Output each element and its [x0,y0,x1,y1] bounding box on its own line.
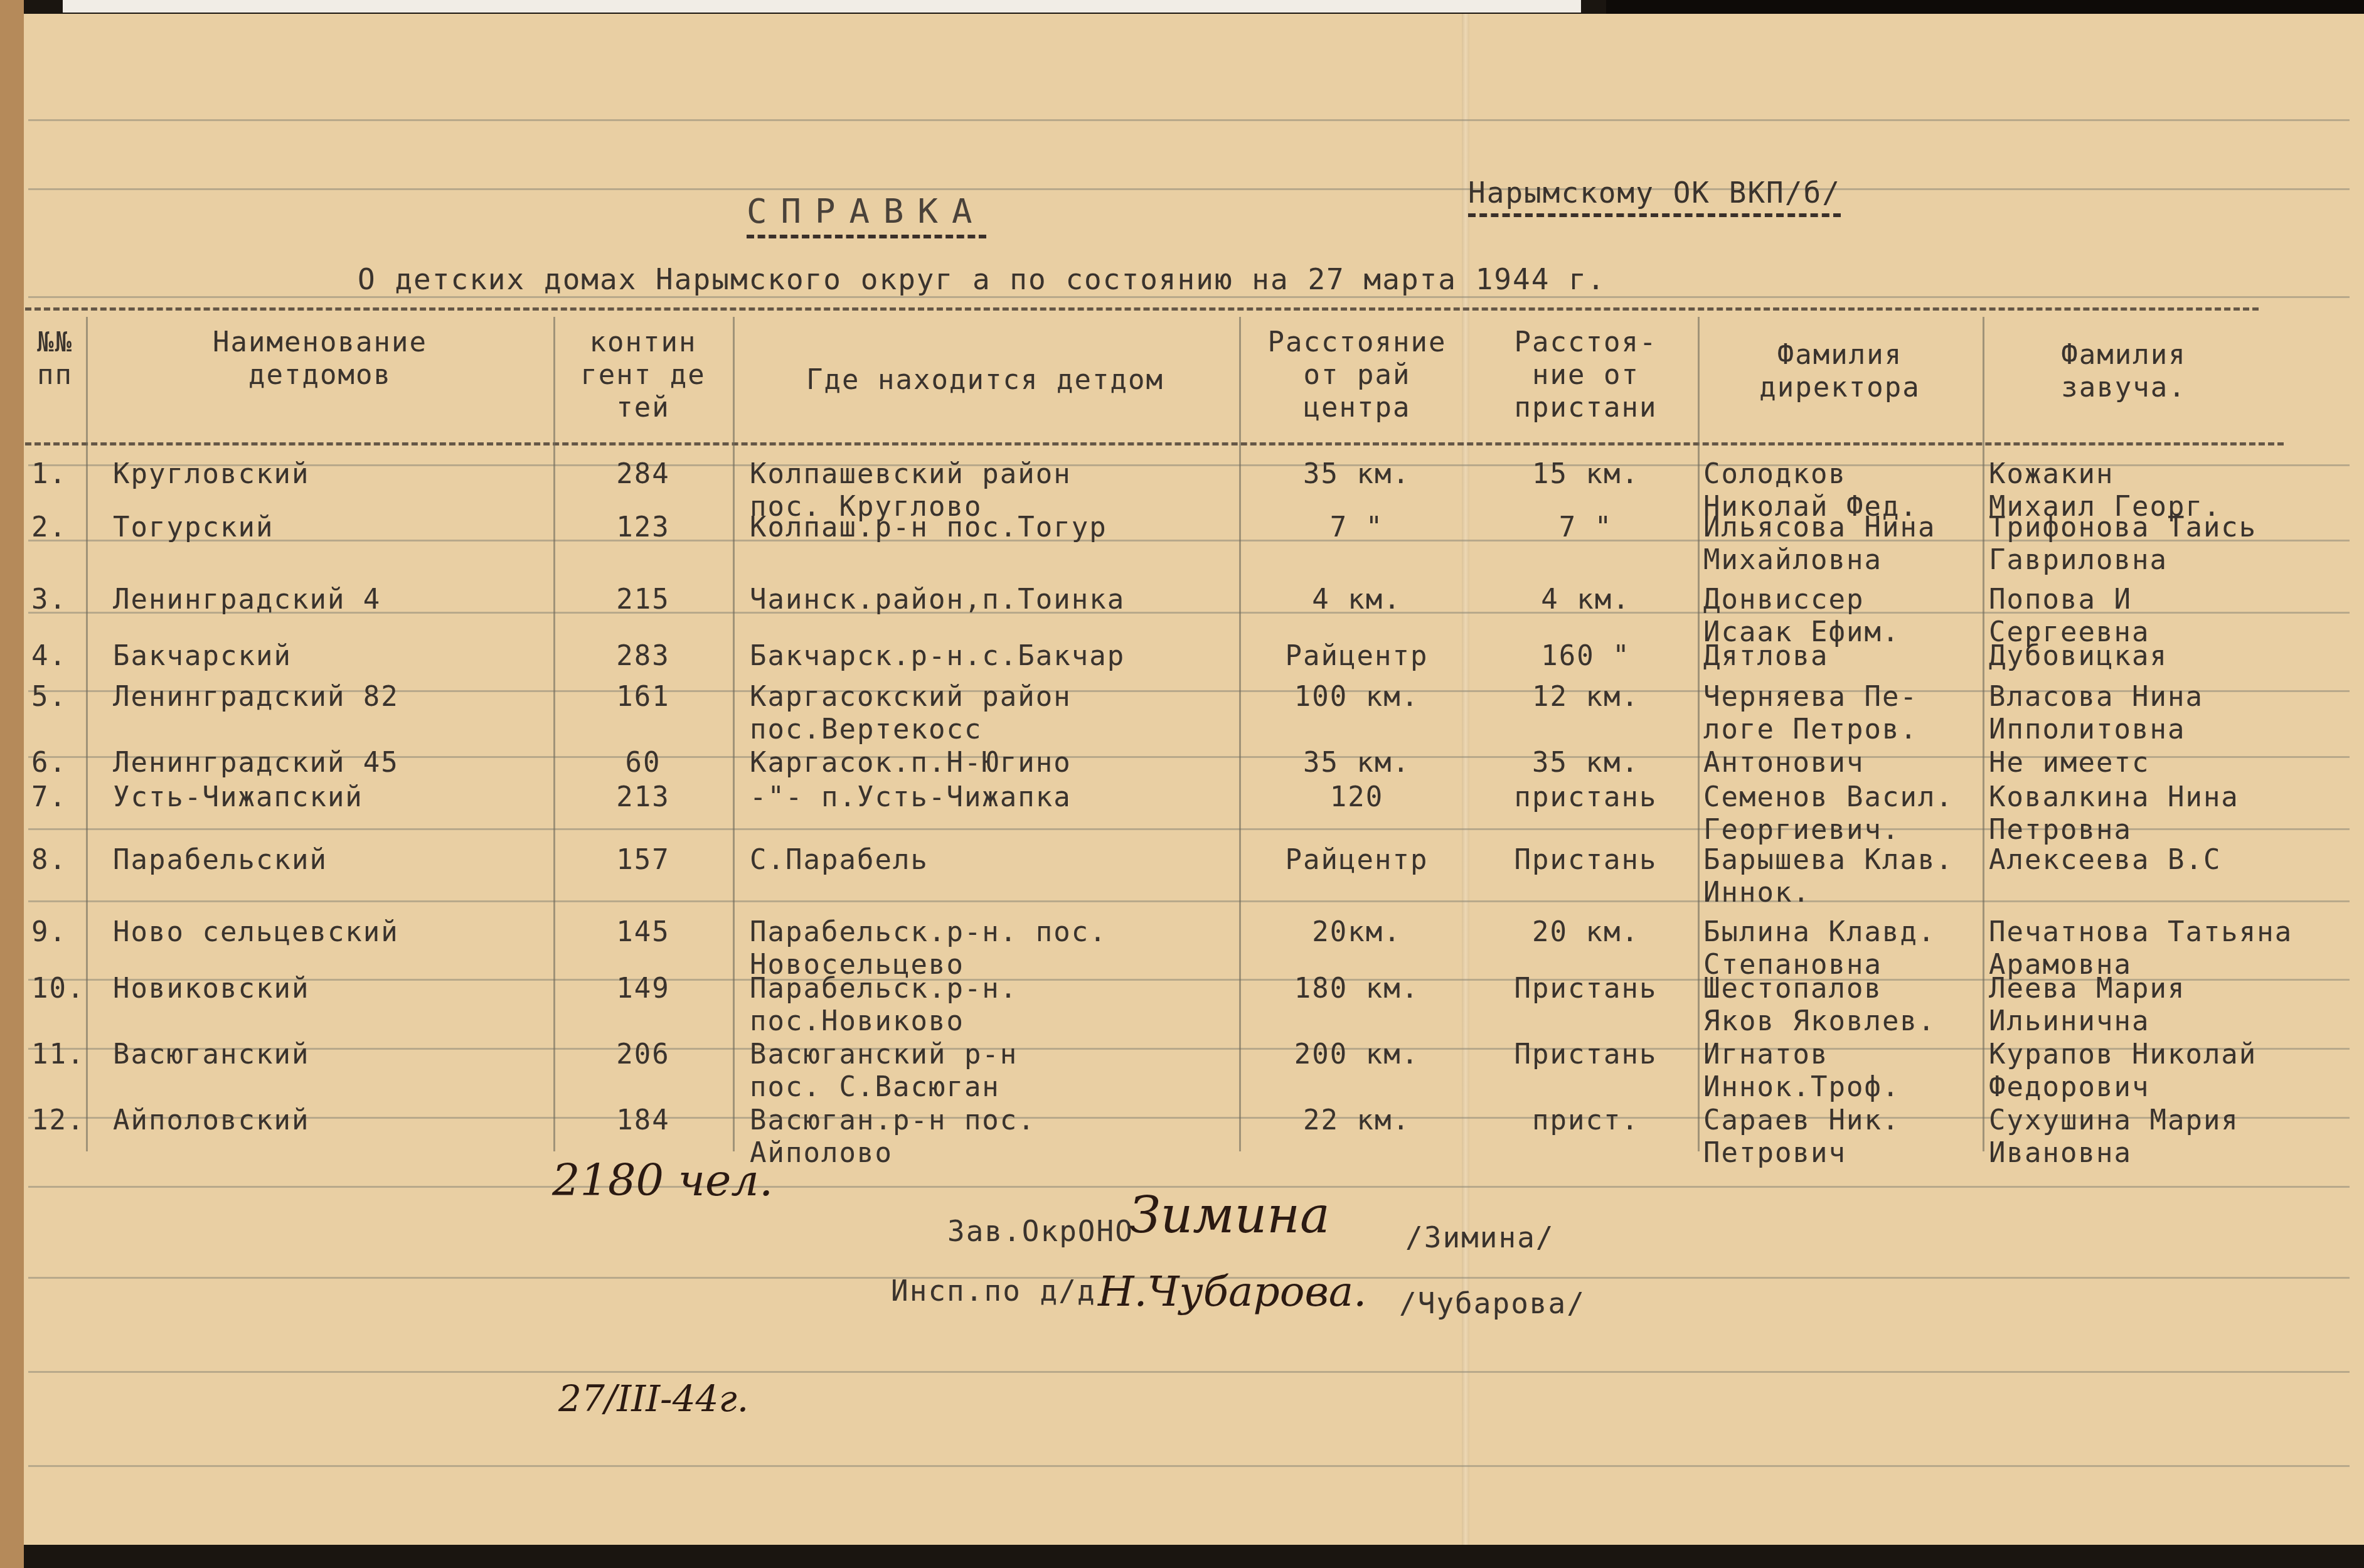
cell-dist-pier: 7 " [1477,511,1694,544]
cell-director: Ильясова Нина Михайловна [1703,511,1983,577]
cell-director: Семенов Васил. Георгиевич. [1703,781,1983,846]
document-subtitle: О детских домах Нарымского округ а по со… [358,262,1606,296]
cell-dist-pier: 15 км. [1477,458,1694,491]
cell-count: 145 [558,916,728,949]
ruled-line [28,188,2350,190]
cell-dist-pier: 12 км. [1477,681,1694,713]
cell-dist-center: 100 км. [1242,681,1471,713]
cell-dist-center: 35 км. [1242,747,1471,779]
cell-dist-pier: Пристань [1477,1038,1694,1071]
cell-deputy: Попова И Сергеевна [1989,584,2359,649]
cell-deputy: Сухушина Мария Ивановна [1989,1104,2359,1170]
cell-dist-center: 4 км. [1242,584,1471,616]
cell-location: С.Парабель [750,844,1239,877]
col-divider [733,317,735,1151]
cell-dist-center: 7 " [1242,511,1471,544]
cell-deputy: Ковалкина Нина Петровна [1989,781,2359,846]
cell-location: Колпаш.р-н пос.Тогур [750,511,1239,544]
cell-deputy: Леева Мария Ильинична [1989,973,2359,1038]
cell-num: 8. [31,844,85,877]
cell-name: Ленинградский 4 [113,584,552,616]
header-num: №№ пп [25,326,85,392]
cell-location: Васюган.р-н пос. Айполово [750,1104,1239,1170]
cell-dist-center: 35 км. [1242,458,1471,491]
cell-location: Васюганский р-н пос. С.Васюган [750,1038,1239,1104]
cell-count: 215 [558,584,728,616]
document-title: СПРАВКА [747,191,986,231]
cell-name: Бакчарский [113,640,552,673]
cell-name: Новиковский [113,973,552,1005]
cell-num: 6. [31,747,85,779]
cell-count: 284 [558,458,728,491]
header-dist-pier: Расстоя- ние от пристани [1477,326,1694,424]
cell-count: 161 [558,681,728,713]
cell-dist-pier: 4 км. [1477,584,1694,616]
cell-num: 7. [31,781,85,814]
cell-director: Донвиссер Исаак Ефим. [1703,584,1983,649]
cell-num: 1. [31,458,85,491]
cell-deputy: Алексеева В.С [1989,844,2359,877]
col-divider [1983,317,1984,1151]
cell-name: Кругловский [113,458,552,491]
header-bottom-border [25,442,2284,452]
cell-count: 123 [558,511,728,544]
cell-location: Чаинск.район,п.Тоинка [750,584,1239,616]
cell-num: 2. [31,511,85,544]
cell-dist-pier: прист. [1477,1104,1694,1137]
cell-location: Каргасокский район пос.Вертекосс [750,681,1239,746]
header-location: Где находится детдом [734,364,1236,397]
cell-name: Усть-Чижапский [113,781,552,814]
head-signature: Зимина [1129,1186,1330,1244]
cell-num: 3. [31,584,85,616]
cell-count: 149 [558,973,728,1005]
cell-name: Тогурский [113,511,552,544]
cell-num: 12. [31,1104,85,1137]
header-dist-center: Расстояние от рай центра [1241,326,1473,424]
header-count: контин гент де тей [555,326,731,424]
cell-director: Игнатов Иннок.Троф. [1703,1038,1983,1104]
inspector-title: Инсп.по д/д. [891,1274,1114,1308]
cell-num: 9. [31,916,85,949]
cell-director: Шестопалов Яков Яковлев. [1703,973,1983,1038]
cell-name: Васюганский [113,1038,552,1071]
col-divider [1698,317,1700,1151]
cell-name: Айполовский [113,1104,552,1137]
cell-location: Бакчарск.р-н.с.Бакчар [750,640,1239,673]
col-divider [553,317,555,1151]
inspector-signature: Н.Чубарова. [1098,1267,1366,1316]
cell-count: 206 [558,1038,728,1071]
head-title: Зав.ОкрОНО [947,1214,1134,1248]
cell-name: Ново сельцевский [113,916,552,949]
table-top-border [25,307,2259,317]
header-director: Фамилия директора [1700,339,1979,404]
cell-num: 4. [31,640,85,673]
cell-dist-center: 200 км. [1242,1038,1471,1071]
cell-director: Былина Клавд. Степановна [1703,916,1983,981]
folder-edge [0,0,24,1568]
cell-deputy: Не имеетс [1989,747,2359,779]
cell-dist-pier: Пристань [1477,844,1694,877]
col-divider [1239,317,1241,1151]
cell-dist-center: 180 км. [1242,973,1471,1005]
background-strip [63,0,1581,13]
cell-count: 184 [558,1104,728,1137]
cell-deputy: Печатнова Татьяна Арамовна [1989,916,2359,981]
cell-dist-pier: Пристань [1477,973,1694,1005]
cell-location: -"- п.Усть-Чижапка [750,781,1239,814]
head-name: /Зимина/ [1405,1220,1555,1254]
cell-dist-center: Райцентр [1242,844,1471,877]
cell-director: Барышева Клав. Иннок. [1703,844,1983,909]
cell-deputy: Власова Нина Ипполитовна [1989,681,2359,746]
cell-location: Каргасок.п.Н-Югино [750,747,1239,779]
document-date: 27/III-44г. [558,1377,748,1420]
cell-dist-pier: 20 км. [1477,916,1694,949]
ruled-line [28,1371,2350,1373]
ruled-line [28,1465,2350,1467]
cell-dist-pier: 160 " [1477,640,1694,673]
cell-num: 10. [31,973,85,1005]
cell-dist-center: 22 км. [1242,1104,1471,1137]
cell-dist-pier: 35 км. [1477,747,1694,779]
cell-dist-pier: пристань [1477,781,1694,814]
total-count: 2180 чел. [552,1155,773,1206]
inspector-name: /Чубарова/ [1399,1286,1585,1320]
cell-dist-center: Райцентр [1242,640,1471,673]
cell-count: 283 [558,640,728,673]
header-deputy: Фамилия завуча. [1986,339,2262,404]
cell-name: Ленинградский 82 [113,681,552,713]
cell-director: Черняева Пе- логе Петров. [1703,681,1983,746]
cell-num: 11. [31,1038,85,1071]
cell-count: 60 [558,747,728,779]
cell-director: Сараев Ник. Петрович [1703,1104,1983,1170]
cell-director: Антонович [1703,747,1983,779]
cell-num: 5. [31,681,85,713]
addressee: Нарымскому ОК ВКП/б/ [1468,176,1841,210]
cell-director: Дятлова [1703,640,1983,673]
cell-deputy: Курапов Николай Федорович [1989,1038,2359,1104]
cell-name: Ленинградский 45 [113,747,552,779]
ruled-line [28,296,2350,298]
cell-deputy: Трифонова Таись Гавриловна [1989,511,2359,577]
cell-name: Парабельский [113,844,552,877]
ruled-line [28,119,2350,121]
cell-count: 213 [558,781,728,814]
ruled-line [28,900,2350,902]
cell-dist-center: 120 [1242,781,1471,814]
cell-dist-center: 20км. [1242,916,1471,949]
cell-count: 157 [558,844,728,877]
col-divider [86,317,88,1151]
cell-location: Парабельск.р-н. пос.Новиково [750,973,1239,1038]
cell-deputy: Дубовицкая [1989,640,2359,673]
cell-location: Парабельск.р-н. пос. Новосельцево [750,916,1239,981]
header-name: Наименование детдомов [88,326,552,392]
